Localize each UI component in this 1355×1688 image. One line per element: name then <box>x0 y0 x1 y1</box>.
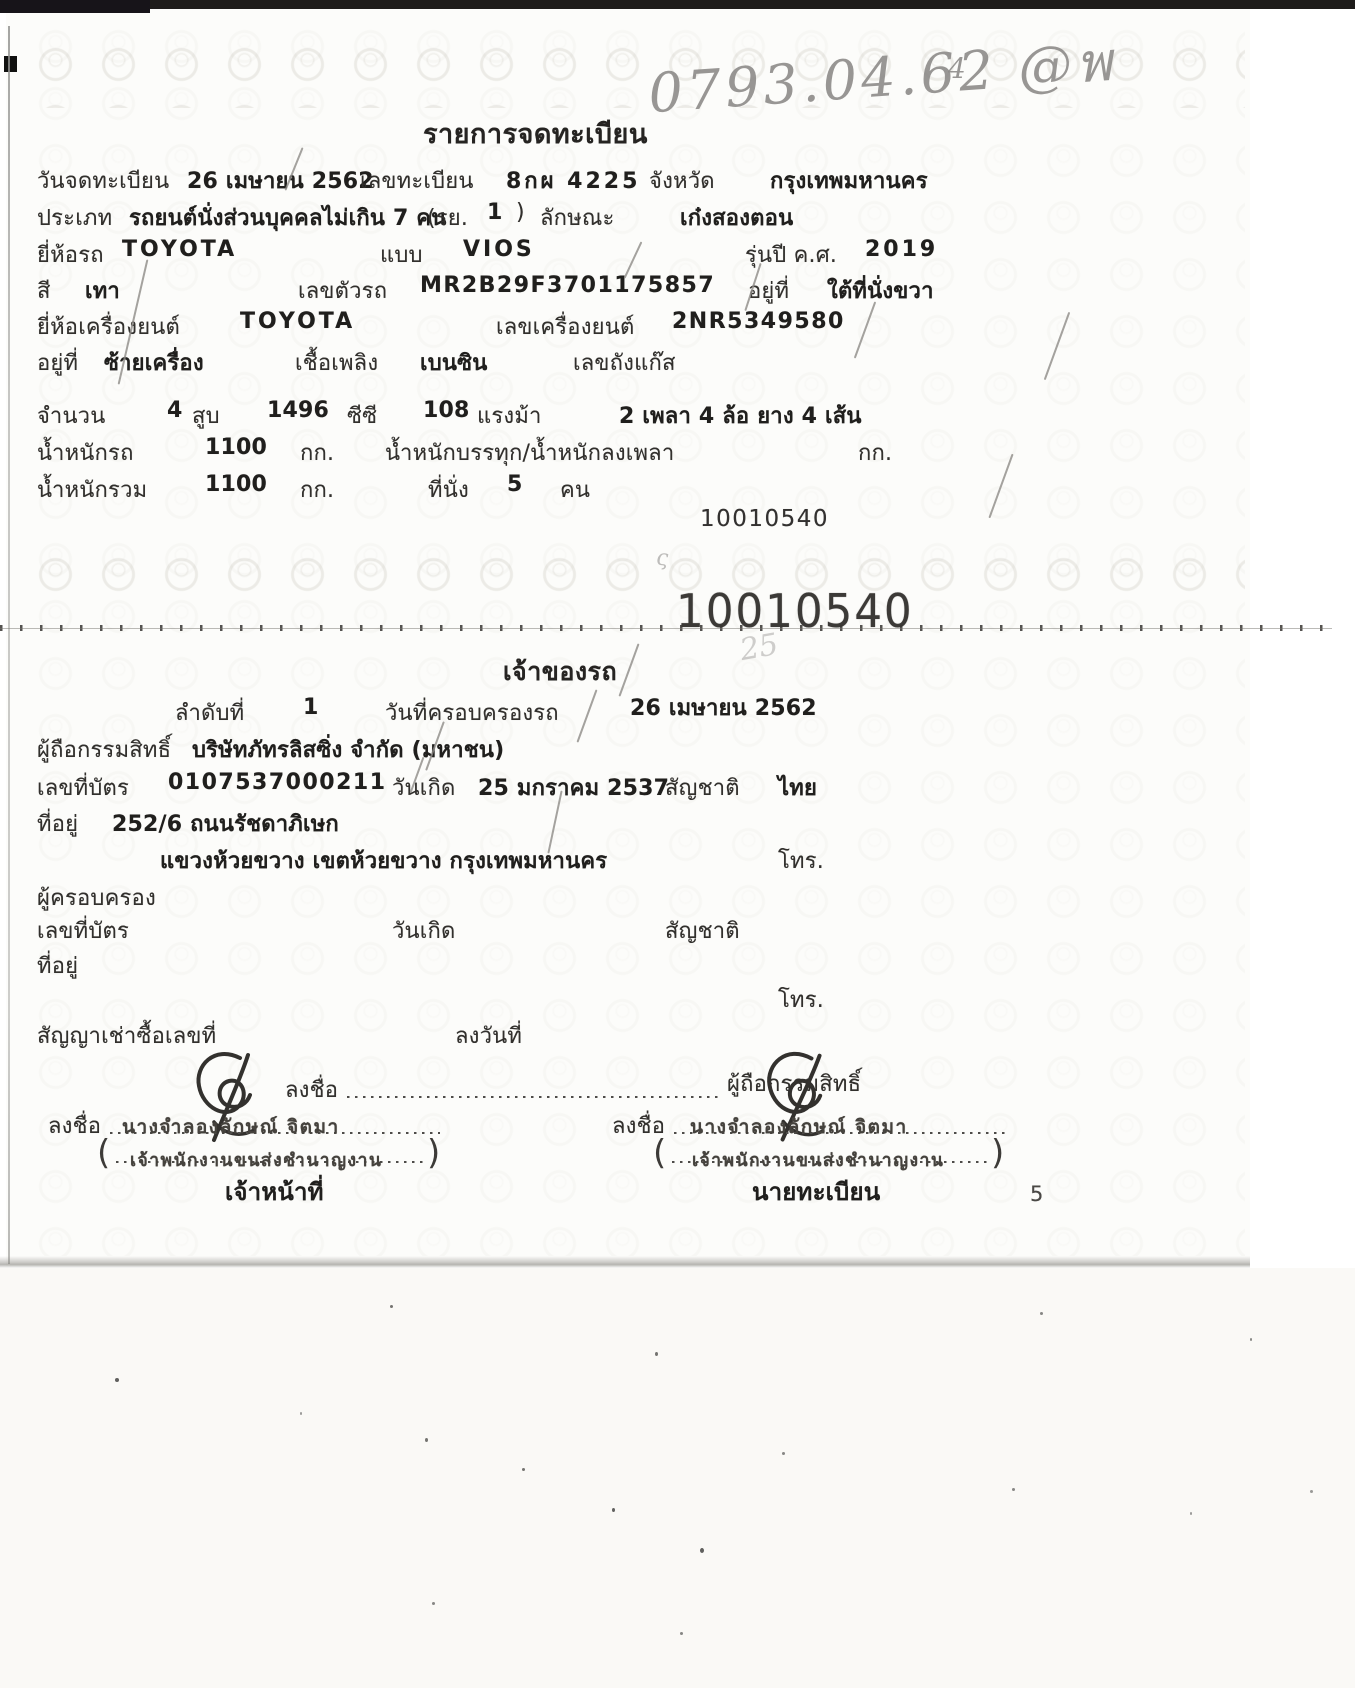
dust-speck <box>1190 1512 1192 1515</box>
scan-edge-top-left <box>0 0 150 13</box>
officer-title-stamp-left: เจ้าพนักงานขนส่งชำนาญงาน <box>130 1146 382 1174</box>
engine-no-value: 2NR5349580 <box>672 309 845 334</box>
chassis-location-value: ใต้ที่นั่งขวา <box>827 273 934 308</box>
brand-label: ยี่ห้อรถ <box>37 237 104 272</box>
curb-weight-value: 1100 <box>205 435 267 460</box>
paren-close-left: ) <box>427 1133 440 1173</box>
province-label: จังหวัด <box>649 163 715 198</box>
scan-edge-top <box>0 0 1355 9</box>
color-value: เทา <box>85 273 120 308</box>
holder-value: บริษัทภัทรลิสซิ่ง จำกัด (มหาชน) <box>192 732 504 767</box>
handwritten-page-number: 4 <box>948 52 966 85</box>
axle-wheel-tyre-value: 2 เพลา 4 ล้อ ยาง 4 เส้น <box>619 398 862 433</box>
dust-speck <box>425 1438 428 1442</box>
chassis-label: เลขตัวรถ <box>298 273 387 308</box>
card-no-label: เลขที่บัตร <box>37 770 129 805</box>
gross-weight-value: 1100 <box>205 472 267 497</box>
color-label: สี <box>37 273 51 308</box>
left-role-label: เจ้าหน้าที่ <box>225 1172 324 1211</box>
order-value: 1 <box>303 695 319 720</box>
engine-no-label: เลขเครื่องยนต์ <box>496 309 634 344</box>
engine-location-label: อยู่ที่ <box>37 345 78 380</box>
sign-label-holder: ลงชื่อ <box>285 1072 338 1107</box>
birth-date-label: วันเกิด <box>392 770 456 805</box>
page-number: 5 <box>1030 1182 1044 1206</box>
province-value: กรุงเทพมหานคร <box>770 163 928 198</box>
fuel-label: เชื้อเพลิง <box>295 345 378 380</box>
type-label: ประเภท <box>37 200 112 235</box>
tel-label: โทร. <box>778 843 824 878</box>
possessor-card-no-label: เลขที่บัตร <box>37 913 129 948</box>
possession-date-label: วันที่ครอบครองรถ <box>385 695 559 730</box>
order-label: ลำดับที่ <box>175 695 244 730</box>
year-value: 2019 <box>865 237 938 262</box>
cylinders-unit: สูบ <box>192 398 220 433</box>
reg-date-label: วันจดทะเบียน <box>37 163 169 198</box>
address-label: ที่อยู่ <box>37 806 78 841</box>
dust-speck <box>1012 1488 1015 1491</box>
card-no-value: 0107537000211 <box>168 770 387 795</box>
dust-speck <box>700 1548 704 1553</box>
dust-speck <box>300 1412 302 1415</box>
paren-open-right: ( <box>653 1133 666 1173</box>
paren-open-left: ( <box>97 1133 110 1173</box>
dust-speck <box>1310 1490 1313 1493</box>
dust-speck <box>522 1468 525 1471</box>
seats-value: 5 <box>507 472 523 497</box>
plate-value: 8กผ 4225 <box>506 163 640 198</box>
paren-close-right: ) <box>991 1133 1004 1173</box>
model-value: VIOS <box>463 237 535 262</box>
possessor-label: ผู้ครอบครอง <box>37 880 156 915</box>
possessor-birth-date-label: วันเกิด <box>392 913 456 948</box>
document-title: รายการจดทะเบียน <box>423 112 648 155</box>
dust-speck <box>115 1378 119 1382</box>
pencil-number: 25 <box>737 627 781 668</box>
possessor-tel-label: โทร. <box>778 982 824 1017</box>
scanned-registration-document: 0793.04.62 @พ 4 รายการจดทะเบียน วันจดทะเ… <box>0 0 1355 1688</box>
brand-value: TOYOTA <box>122 237 237 262</box>
contract-date-label: ลงวันที่ <box>455 1018 522 1053</box>
address-line1: 252/6 ถนนรัชดาภิเษก <box>112 806 339 841</box>
reg-date-value: 26 เมษายน 2562 <box>187 163 374 198</box>
fuel-value: เบนซิน <box>420 345 488 380</box>
cylinders-label: จำนวน <box>37 398 105 433</box>
type-value: รถยนต์นั่งส่วนบุคคลไม่เกิน 7 คน <box>129 200 446 235</box>
horsepower-value: 108 <box>423 398 470 423</box>
possessor-nationality-label: สัญชาติ <box>665 913 740 948</box>
model-label: แบบ <box>380 237 423 272</box>
signature-line-holder <box>347 1096 719 1098</box>
type-code-close: ) <box>516 200 525 225</box>
address-line2: แขวงห้วยขวาง เขตห้วยขวาง กรุงเทพมหานคร <box>160 843 607 878</box>
dust-speck <box>680 1632 683 1635</box>
load-weight-unit: กก. <box>858 435 892 470</box>
sign-label-left: ลงชื่อ <box>48 1108 101 1143</box>
dust-speck <box>655 1352 658 1356</box>
dust-speck <box>612 1508 615 1512</box>
curb-weight-unit: กก. <box>300 435 334 470</box>
possessor-address-label: ที่อยู่ <box>37 948 78 983</box>
seats-unit: คน <box>560 472 590 507</box>
body-style-value: เก๋งสองตอน <box>680 200 793 235</box>
dust-speck <box>782 1452 785 1455</box>
pencil-squiggle: ς <box>656 546 668 571</box>
body-style-label: ลักษณะ <box>540 200 615 235</box>
type-code-value: 1 <box>487 200 503 225</box>
gas-tank-label: เลขถังแก๊ส <box>573 345 676 380</box>
birth-date-value: 25 มกราคม 2537 <box>478 770 669 805</box>
right-role-label: นายทะเบียน <box>752 1172 880 1211</box>
page-bottom-shadow <box>0 1256 1250 1268</box>
load-weight-label: น้ำหนักบรรทุก/น้ำหนักลงเพลา <box>385 435 674 470</box>
dust-speck <box>1040 1312 1043 1315</box>
possession-date-value: 26 เมษายน 2562 <box>630 690 817 725</box>
holder-label: ผู้ถือกรรมสิทธิ์ <box>37 732 171 767</box>
cylinders-value: 4 <box>167 398 183 423</box>
dust-speck <box>390 1305 393 1308</box>
gross-weight-unit: กก. <box>300 472 334 507</box>
displacement-unit: ซีซี <box>347 398 377 433</box>
officer-name-stamp-left: นางจำลองลักษณ์ จิตมา <box>122 1112 340 1142</box>
chassis-value: MR2B29F3701175857 <box>420 273 715 298</box>
displacement-value: 1496 <box>267 398 329 423</box>
scan-artifact-square <box>4 56 17 72</box>
document-serial-small: 10010540 <box>700 506 829 532</box>
horsepower-unit: แรงม้า <box>477 398 542 433</box>
officer-name-stamp-right: นางจำลองลักษณ์ จิตมา <box>690 1112 908 1142</box>
dust-speck <box>1250 1338 1252 1341</box>
owner-section-title: เจ้าของรถ <box>503 652 617 692</box>
gross-weight-label: น้ำหนักรวม <box>37 472 147 507</box>
dust-speck <box>432 1602 435 1605</box>
scan-edge-left <box>8 26 10 1264</box>
seats-label: ที่นั่ง <box>428 472 469 507</box>
engine-brand-label: ยี่ห้อเครื่องยนต์ <box>37 309 180 344</box>
type-code-open: (รย. <box>427 200 468 235</box>
plate-label: เลขทะเบียน <box>360 163 474 198</box>
nationality-value: ไทย <box>778 770 817 805</box>
nationality-label: สัญชาติ <box>665 770 740 805</box>
curb-weight-label: น้ำหนักรถ <box>37 435 134 470</box>
scanner-background <box>0 1268 1355 1688</box>
perforation-hairline <box>0 628 1332 629</box>
officer-title-stamp-right: เจ้าพนักงานขนส่งชำนาญงาน <box>692 1146 944 1174</box>
engine-brand-value: TOYOTA <box>240 309 355 334</box>
